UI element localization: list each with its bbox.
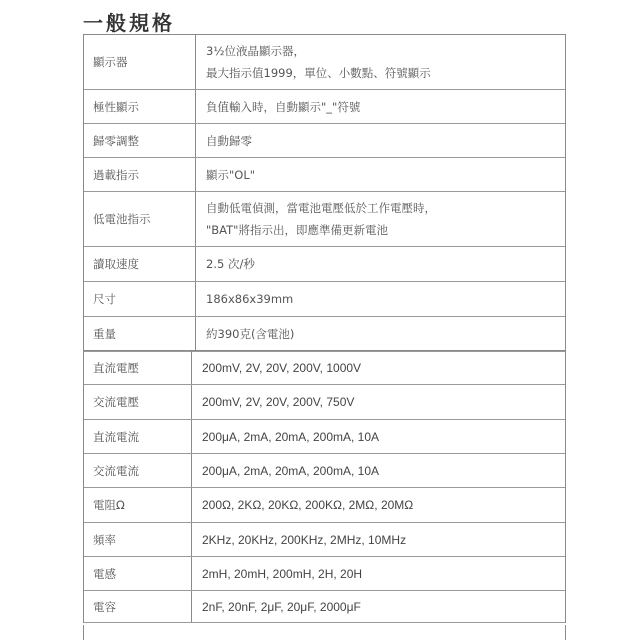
spec-value-line: 負值輸入時，自動顯示"_"符號	[206, 96, 360, 118]
range-spec-table: 直流電壓200mV, 2V, 20V, 200V, 1000V交流電壓200mV…	[83, 350, 566, 623]
spec-value: 200mV, 2V, 20V, 200V, 750V	[192, 385, 354, 419]
table-continuation	[83, 625, 566, 640]
spec-row: 交流電壓200mV, 2V, 20V, 200V, 750V	[84, 385, 565, 420]
spec-row: 重量約390克(含電池)	[84, 317, 565, 352]
spec-row: 直流電流200μA, 2mA, 20mA, 200mA, 10A	[84, 420, 565, 454]
spec-label: 尺寸	[84, 282, 196, 316]
spec-value-line: 自動低電偵測，當電池電壓低於工作電壓時，	[206, 197, 436, 219]
spec-value-line: 最大指示值1999，單位、小數點、符號顯示	[206, 62, 431, 84]
spec-value: 3½位液晶顯示器，最大指示值1999，單位、小數點、符號顯示	[196, 35, 431, 89]
spec-value-line: "BAT"將指示出，即應準備更新電池	[206, 219, 436, 241]
spec-row: 歸零調整自動歸零	[84, 124, 565, 158]
spec-value: 約390克(含電池)	[196, 317, 294, 351]
section-title: 一般規格	[83, 7, 175, 36]
spec-label: 頻率	[84, 523, 192, 556]
spec-value: 200Ω, 2KΩ, 20KΩ, 200KΩ, 2MΩ, 20MΩ	[192, 488, 413, 522]
spec-value-line: 顯示"OL"	[206, 164, 255, 186]
spec-value-line: 約390克(含電池)	[206, 323, 294, 345]
spec-label: 電感	[84, 557, 192, 590]
spec-label: 歸零調整	[84, 124, 196, 157]
spec-row: 顯示器3½位液晶顯示器，最大指示值1999，單位、小數點、符號顯示	[84, 35, 565, 90]
spec-value-line: 186x86x39mm	[206, 288, 293, 310]
spec-value: 自動低電偵測，當電池電壓低於工作電壓時，"BAT"將指示出，即應準備更新電池	[196, 192, 436, 246]
spec-value: 200mV, 2V, 20V, 200V, 1000V	[192, 351, 361, 384]
spec-row: 直流電壓200mV, 2V, 20V, 200V, 1000V	[84, 351, 565, 385]
general-spec-table: 顯示器3½位液晶顯示器，最大指示值1999，單位、小數點、符號顯示極性顯示負值輸…	[83, 34, 566, 352]
spec-value: 200μA, 2mA, 20mA, 200mA, 10A	[192, 454, 379, 487]
spec-value-line: 2.5 次/秒	[206, 253, 255, 275]
spec-label: 電阻Ω	[84, 488, 192, 522]
spec-value: 2nF, 20nF, 2μF, 20μF, 2000μF	[192, 591, 361, 622]
spec-value-line: 3½位液晶顯示器，	[206, 40, 431, 62]
spec-label: 讀取速度	[84, 247, 196, 281]
spec-label: 交流電壓	[84, 385, 192, 419]
spec-label: 直流電壓	[84, 351, 192, 384]
spec-label: 直流電流	[84, 420, 192, 453]
spec-value: 負值輸入時，自動顯示"_"符號	[196, 90, 360, 123]
spec-label: 電容	[84, 591, 192, 622]
spec-row: 頻率2KHz, 20KHz, 200KHz, 2MHz, 10MHz	[84, 523, 565, 557]
spec-value-line: 自動歸零	[206, 130, 252, 152]
spec-row: 極性顯示負值輸入時，自動顯示"_"符號	[84, 90, 565, 124]
spec-value: 186x86x39mm	[196, 282, 293, 316]
spec-label: 顯示器	[84, 35, 196, 89]
spec-value: 自動歸零	[196, 124, 252, 157]
spec-row: 電感2mH, 20mH, 200mH, 2H, 20H	[84, 557, 565, 591]
spec-value: 顯示"OL"	[196, 158, 255, 191]
spec-label: 極性顯示	[84, 90, 196, 123]
spec-value: 2.5 次/秒	[196, 247, 255, 281]
spec-label: 低電池指示	[84, 192, 196, 246]
spec-label: 過載指示	[84, 158, 196, 191]
spec-row: 交流電流200μA, 2mA, 20mA, 200mA, 10A	[84, 454, 565, 488]
spec-row: 電阻Ω200Ω, 2KΩ, 20KΩ, 200KΩ, 2MΩ, 20MΩ	[84, 488, 565, 523]
spec-label: 重量	[84, 317, 196, 351]
spec-row: 電容2nF, 20nF, 2μF, 20μF, 2000μF	[84, 591, 565, 623]
spec-value: 2KHz, 20KHz, 200KHz, 2MHz, 10MHz	[192, 523, 406, 556]
spec-value: 200μA, 2mA, 20mA, 200mA, 10A	[192, 420, 379, 453]
spec-row: 尺寸186x86x39mm	[84, 282, 565, 317]
spec-row: 過載指示顯示"OL"	[84, 158, 565, 192]
spec-label: 交流電流	[84, 454, 192, 487]
spec-value: 2mH, 20mH, 200mH, 2H, 20H	[192, 557, 362, 590]
spec-row: 低電池指示自動低電偵測，當電池電壓低於工作電壓時，"BAT"將指示出，即應準備更…	[84, 192, 565, 247]
spec-row: 讀取速度2.5 次/秒	[84, 247, 565, 282]
